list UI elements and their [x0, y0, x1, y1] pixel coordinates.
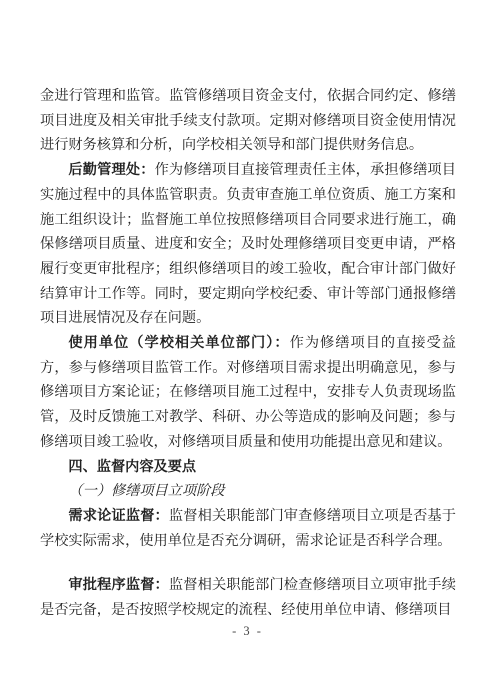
- paragraph-text: 作为修缮项目直接管理责任主体，承担修缮项目实施过程中的具体监管职责。负责审查施工…: [40, 162, 456, 326]
- section-heading: 四、监督内容及要点: [40, 455, 456, 480]
- paragraph-label: 使用单位（学校相关单位部门）：: [68, 335, 289, 351]
- paragraph: 金进行管理和监管。监管修缮项目资金支付，依据合同约定、修缮项目进度及相关审批手续…: [40, 84, 456, 158]
- page-number: - 3 -: [0, 624, 495, 639]
- paragraph: 后勤管理处：作为修缮项目直接管理责任主体，承担修缮项目实施过程中的具体监管职责。…: [40, 158, 456, 331]
- paragraph-text: 作为修缮项目的直接受益方，参与修缮项目监管工作。对修缮项目需求提出明确意见，参与…: [40, 335, 456, 450]
- paragraph-label: 需求论证监督：: [68, 508, 169, 524]
- paragraph: 审批程序监督：监督相关职能部门检查修缮项目立项审批手续是否完备，是否按照学校规定…: [40, 573, 456, 622]
- paragraph: 使用单位（学校相关单位部门）：作为修缮项目的直接受益方，参与修缮项目监管工作。对…: [40, 331, 456, 455]
- paragraph-label: 后勤管理处：: [68, 162, 154, 178]
- document-page: 金进行管理和监管。监管修缮项目资金支付，依据合同约定、修缮项目进度及相关审批手续…: [0, 0, 495, 699]
- paragraph: 需求论证监督：监督相关职能部门审查修缮项目立项是否基于学校实际需求，使用单位是否…: [40, 504, 456, 553]
- paragraph-text: 金进行管理和监管。监管修缮项目资金支付，依据合同约定、修缮项目进度及相关审批手续…: [40, 88, 456, 153]
- document-body: 金进行管理和监管。监管修缮项目资金支付，依据合同约定、修缮项目进度及相关审批手续…: [40, 84, 456, 623]
- paragraph-label: 审批程序监督：: [68, 577, 169, 593]
- subsection-heading: （一）修缮项目立项阶段: [40, 479, 456, 504]
